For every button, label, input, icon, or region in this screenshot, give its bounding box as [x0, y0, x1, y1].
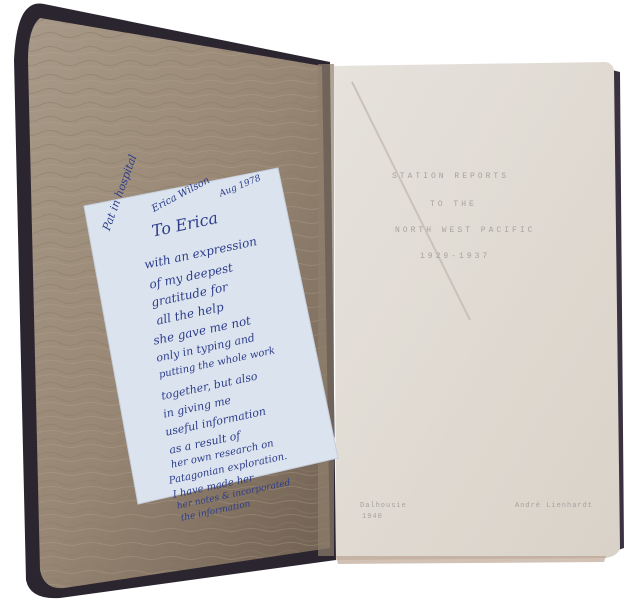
open-book-photo: STATION REPORTS TO THE NORTH WEST PACIFI… [0, 0, 640, 612]
handwritten-note-paper [0, 0, 640, 612]
